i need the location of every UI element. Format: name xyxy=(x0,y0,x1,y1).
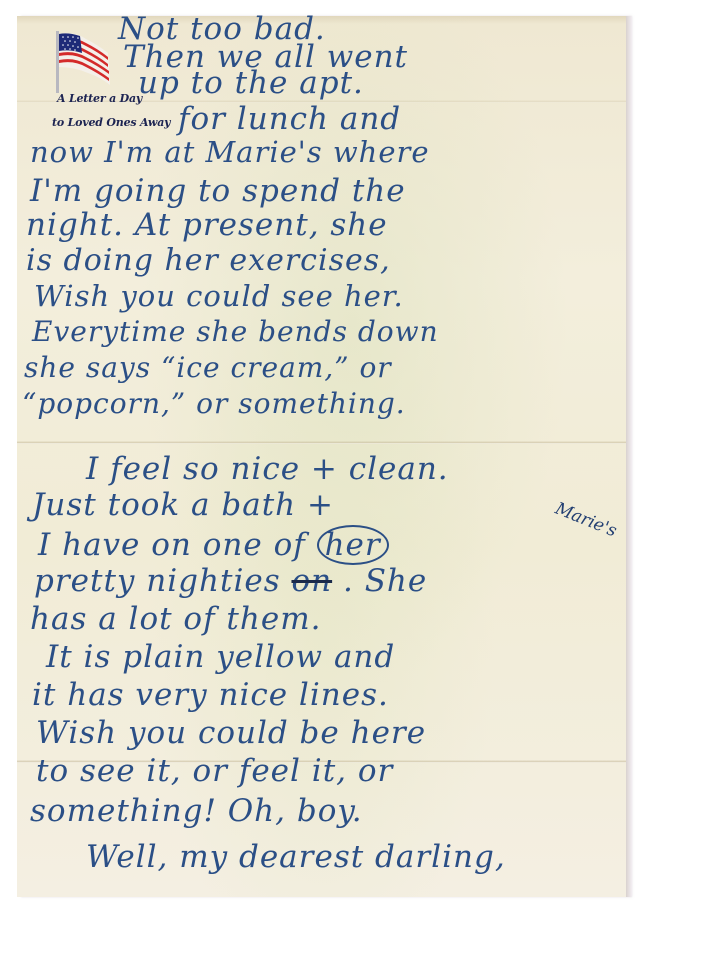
circled-word: her xyxy=(317,525,389,565)
letter-line: Well, my dearest darling, xyxy=(86,842,506,873)
letter-line: night. At present, she xyxy=(26,210,388,241)
letter-line: Everytime she bends down xyxy=(32,318,439,346)
letter-line: to see it, or feel it, or xyxy=(36,756,393,787)
letter-line: up to the apt. xyxy=(138,68,364,99)
fold-crease xyxy=(17,441,628,444)
letter-line-text: She xyxy=(365,563,428,599)
letter-line-text: I have on one of xyxy=(38,527,306,563)
crossed-out-word: on xyxy=(291,563,332,599)
letter-line: something! Oh, boy. xyxy=(30,796,363,827)
letter-line: Just took a bath + xyxy=(32,490,334,521)
letter-line-text: . xyxy=(343,563,365,599)
letter-line: I feel so nice + clean. xyxy=(86,454,449,485)
letter-line: now I'm at Marie's where xyxy=(30,138,430,167)
letterhead-line-2: to Loved Ones Away xyxy=(52,116,170,129)
letter-line: It is plain yellow and xyxy=(46,642,395,673)
letter-line: “popcorn,” or something. xyxy=(22,390,406,418)
letter-line: has a lot of them. xyxy=(30,604,321,635)
letter-line: Wish you could be here xyxy=(36,718,426,749)
letter-line: Wish you could see her. xyxy=(34,282,404,311)
letter-line: I'm going to spend the xyxy=(30,176,406,207)
letter-line: she says “ice cream,” or xyxy=(24,354,392,382)
letter-line: pretty nighties on . She xyxy=(34,566,427,597)
letter-line: I have on one of her xyxy=(38,530,389,561)
paper-edge xyxy=(626,16,632,897)
letter-line: is doing her exercises, xyxy=(26,246,391,276)
letter-line-text: pretty nighties xyxy=(34,563,281,599)
american-flag-icon xyxy=(56,31,112,93)
letterhead-line-1: A Letter a Day xyxy=(57,92,142,105)
letter-line: it has very nice lines. xyxy=(32,680,389,711)
letter-line: for lunch and xyxy=(178,104,401,135)
